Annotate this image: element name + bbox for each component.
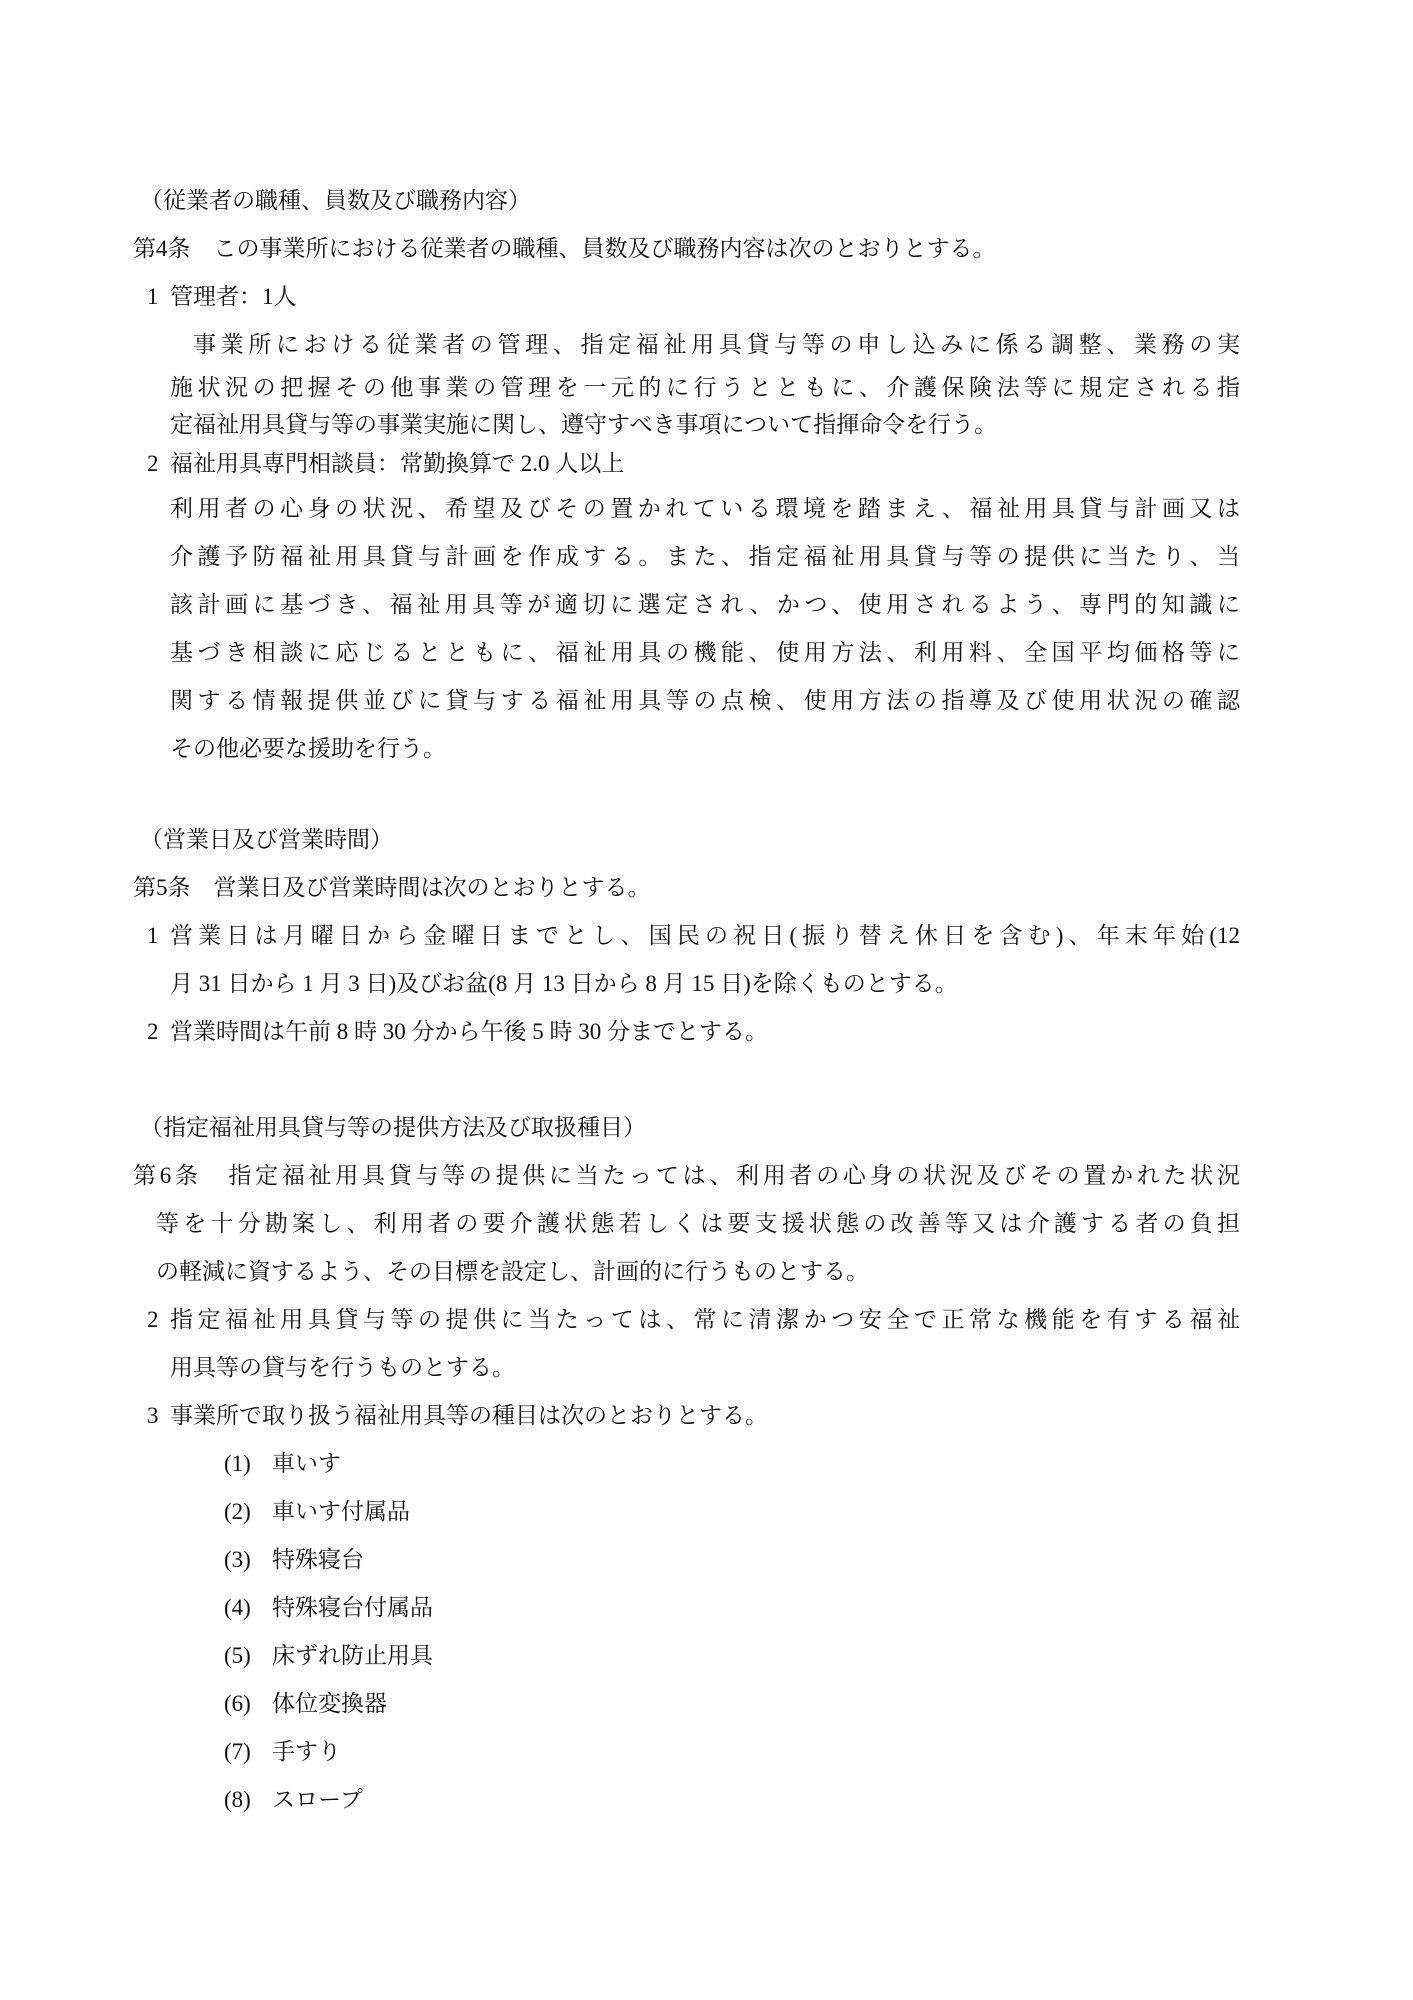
list-item-label: 車いす [272, 1451, 341, 1476]
list-marker: (8) [224, 1776, 272, 1824]
item-number: 1 [147, 273, 170, 321]
section-gap [0, 773, 1413, 816]
item-text: 営業日は月曜日から金曜日までとし、国民の祝日(振り替え休日を含む)、年末年始(1… [170, 912, 1240, 960]
list-item-label: 床ずれ防止用具 [272, 1643, 433, 1668]
list-item-label: 車いす付属品 [272, 1499, 410, 1524]
article4-item2-desc-line6: その他必要な援助を行う。 [0, 725, 1413, 773]
article4-item1-desc-line1: 事業所における従業者の管理、指定福祉用具貸与等の申し込みに係る調整、業務の実 [0, 321, 1240, 369]
list-item-label: 手すり [272, 1739, 341, 1764]
article6-heading: （指定福祉用具貸与等の提供方法及び取扱種目） [0, 1104, 1413, 1152]
list-marker: (7) [224, 1728, 272, 1776]
item-text: 管理者：1人 [170, 284, 297, 309]
article6-title-line3: の軽減に資するよう、その目標を設定し、計画的に行うものとする。 [0, 1248, 1413, 1296]
article6-item2: 2指定福祉用具貸与等の提供に当たっては、常に清潔かつ安全で正常な機能を有する福祉 [0, 1296, 1413, 1344]
item-number: 2 [147, 1296, 170, 1344]
item-number: 3 [147, 1392, 170, 1440]
document-content: （従業者の職種、員数及び職務内容） 第4条 この事業所における従業者の職種、員数… [0, 0, 1413, 1824]
article6-title-line2: 等を十分勘案し、利用者の要介護状態若しくは要支援状態の改善等又は介護する者の負担 [0, 1200, 1240, 1248]
equipment-list-item: (4)特殊寝台付属品 [0, 1584, 1413, 1632]
article4-item2: 2福祉用具専門相談員：常勤換算で 2.0 人以上 [0, 443, 1413, 485]
list-marker: (2) [224, 1488, 272, 1536]
article4-item1-desc-line3: 定福祉用具貸与等の事業実施に関し、遵守すべき事項について指揮命令を行う。 [0, 406, 1413, 443]
item-text: 指定福祉用具貸与等の提供に当たっては、常に清潔かつ安全で正常な機能を有する福祉 [170, 1296, 1240, 1344]
list-item-label: スロープ [272, 1787, 363, 1812]
list-item-label: 特殊寝台 [272, 1547, 364, 1572]
article4-item1: 1管理者：1人 [0, 273, 1413, 321]
article5-item1-line2: 月 31 日から 1 月 3 日)及びお盆(8 月 13 日から 8 月 15 … [0, 960, 1413, 1008]
equipment-list-item: (1)車いす [0, 1440, 1413, 1488]
article6-item3: 3事業所で取り扱う福祉用具等の種目は次のとおりとする。 [0, 1392, 1413, 1440]
article4-item2-desc-line4: 基づき相談に応じるとともに、福祉用具の機能、使用方法、利用料、全国平均価格等に [0, 629, 1240, 677]
equipment-list-item: (7)手すり [0, 1728, 1413, 1776]
item-text: 事業所で取り扱う福祉用具等の種目は次のとおりとする。 [170, 1403, 768, 1428]
article6-item2-line2: 用具等の貸与を行うものとする。 [0, 1344, 1413, 1392]
item-number: 2 [147, 443, 170, 485]
article5-title: 第5条 営業日及び営業時間は次のとおりとする。 [0, 864, 1413, 912]
document-page: （従業者の職種、員数及び職務内容） 第4条 この事業所における従業者の職種、員数… [0, 0, 1413, 2000]
article6-title-line1: 第6条 指定福祉用具貸与等の提供に当たっては、利用者の心身の状況及びその置かれた… [0, 1152, 1240, 1200]
list-marker: (3) [224, 1536, 272, 1584]
item-text: 営業時間は午前 8 時 30 分から午後 5 時 30 分までとする。 [170, 1019, 768, 1044]
article4-item1-desc-line2: 施状況の把握その他事業の管理を一元的に行うとともに、介護保険法等に規定される指 [0, 369, 1240, 406]
article4-item2-desc-line2: 介護予防福祉用具貸与計画を作成する。また、指定福祉用具貸与等の提供に当たり、当 [0, 533, 1240, 581]
item-text: 福祉用具専門相談員：常勤換算で 2.0 人以上 [170, 451, 624, 476]
equipment-list-item: (3)特殊寝台 [0, 1536, 1413, 1584]
equipment-list-item: (5)床ずれ防止用具 [0, 1632, 1413, 1680]
item-number: 1 [147, 912, 170, 960]
list-marker: (6) [224, 1680, 272, 1728]
list-marker: (1) [224, 1440, 272, 1488]
section-gap [0, 1056, 1413, 1104]
article5-item1: 1営業日は月曜日から金曜日までとし、国民の祝日(振り替え休日を含む)、年末年始(… [0, 912, 1413, 960]
equipment-list-item: (2)車いす付属品 [0, 1488, 1413, 1536]
article4-title: 第4条 この事業所における従業者の職種、員数及び職務内容は次のとおりとする。 [0, 225, 1413, 273]
article4-item2-desc-line1: 利用者の心身の状況、希望及びその置かれている環境を踏まえ、福祉用具貸与計画又は [0, 485, 1240, 533]
equipment-list-item: (8)スロープ [0, 1776, 1413, 1824]
item-number: 2 [147, 1008, 170, 1056]
article5-heading: （営業日及び営業時間） [0, 816, 1413, 864]
article4-heading: （従業者の職種、員数及び職務内容） [0, 177, 1413, 225]
article4-item2-desc-line5: 関する情報提供並びに貸与する福祉用具等の点検、使用方法の指導及び使用状況の確認 [0, 677, 1240, 725]
equipment-list-item: (6)体位変換器 [0, 1680, 1413, 1728]
list-marker: (4) [224, 1584, 272, 1632]
article4-item2-desc-line3: 該計画に基づき、福祉用具等が適切に選定され、かつ、使用されるよう、専門的知識に [0, 581, 1240, 629]
list-marker: (5) [224, 1632, 272, 1680]
article5-item2: 2営業時間は午前 8 時 30 分から午後 5 時 30 分までとする。 [0, 1008, 1413, 1056]
list-item-label: 特殊寝台付属品 [272, 1595, 433, 1620]
list-item-label: 体位変換器 [272, 1691, 387, 1716]
